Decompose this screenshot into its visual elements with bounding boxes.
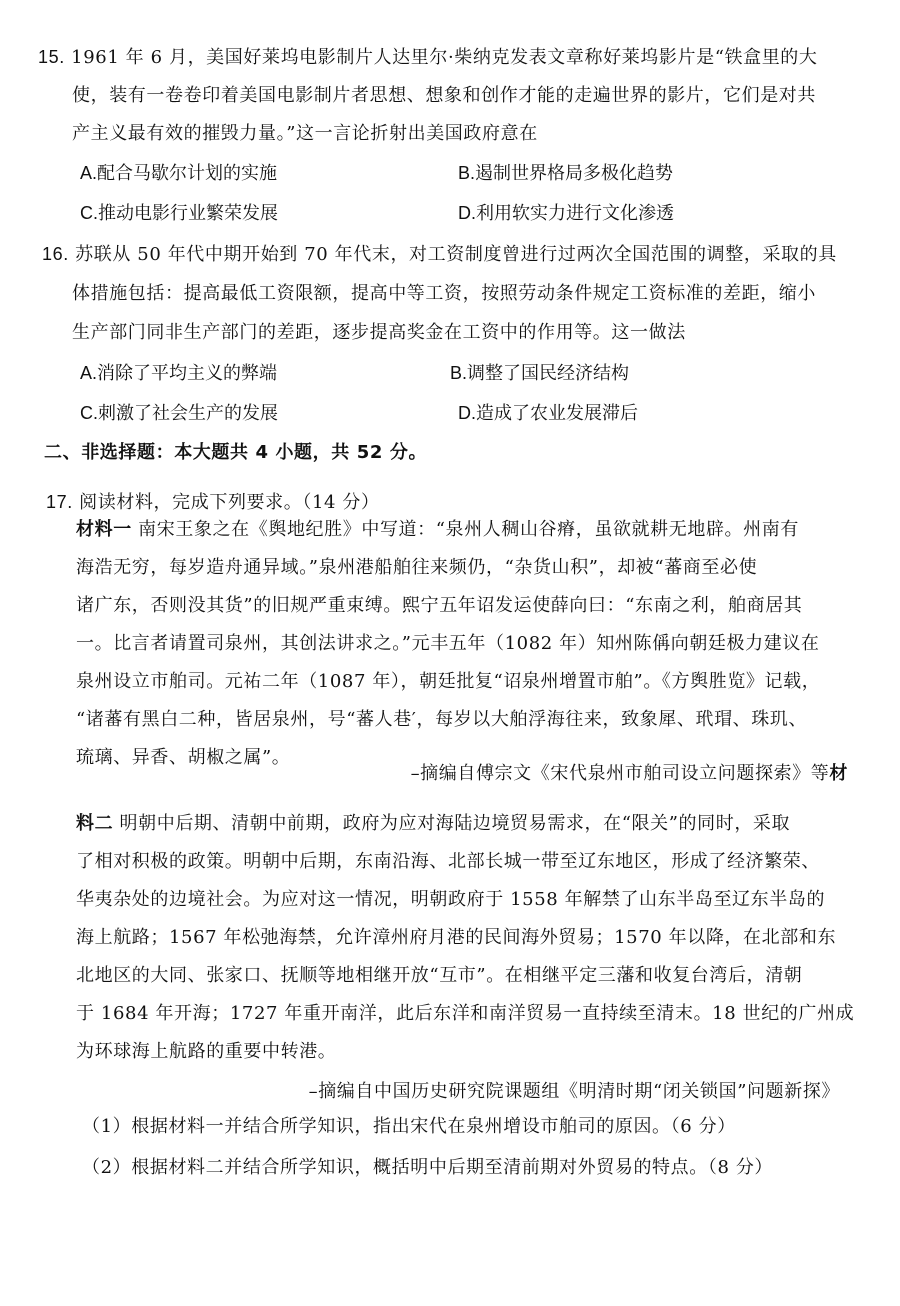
material-text-line: 南宋王象之在《舆地纪胜》中写道：“泉州人稠山谷瘠，虽欲就耕无地辟。州南有 <box>138 519 799 540</box>
material-text-line: 华夷杂处的边境社会。为应对这一情况，明朝政府于 1558 年解禁了山东半岛至辽东… <box>76 888 825 912</box>
option-d[interactable]: D.利用软实力进行文化渗透 <box>458 201 674 226</box>
option-b[interactable]: B.遏制世界格局多极化趋势 <box>458 161 673 186</box>
material-source: –摘编自傅宗文《宋代泉州市舶司设立问题探索》等 <box>411 763 830 784</box>
material-text-line: 明朝中后期、清朝中前期，政府为应对海陆边境贸易需求，在“限关”的同时，采取 <box>120 813 791 834</box>
sub-question-2: （2）根据材料二并结合所学知识，概括明中后期至清前期对外贸易的特点。（8 分） <box>82 1156 773 1180</box>
option-a[interactable]: A.消除了平均主义的弊端 <box>80 361 277 386</box>
material-text-line: “诸蕃有黑白二种，皆居泉州，号“蕃人巷′，每岁以大舶浮海往来，致象犀、玳瑁、珠玑… <box>76 708 807 732</box>
question-text-line: 产主义最有效的摧毁力量。”这一言论折射出美国政府意在 <box>72 122 538 146</box>
question-text-line: 使，装有一卷卷印着美国电影制片者思想、想象和创作才能的走遍世界的影片，它们是对共 <box>72 84 816 108</box>
question-prompt: 阅读材料，完成下列要求。（14 分） <box>79 492 379 513</box>
option-d[interactable]: D.造成了农业发展滞后 <box>458 401 638 426</box>
question-number: 17. <box>46 492 73 512</box>
material-label: 材料一 <box>76 519 132 540</box>
section-heading: 二、非选择题：本大题共 4 小题，共 52 分。 <box>44 441 427 465</box>
sub-question-1: （1）根据材料一并结合所学知识，指出宋代在泉州增设市舶司的原因。（6 分） <box>82 1115 736 1139</box>
material-source: –摘编自中国历史研究院课题组《明清时期“闭关锁国”问题新探》 <box>309 1080 840 1104</box>
material-text-line: 为环球海上航路的重要中转港。 <box>76 1040 336 1064</box>
option-a[interactable]: A.配合马歇尔计划的实施 <box>80 161 277 186</box>
material-text-line: 海浩无穷，每岁造舟通异域。”泉州港船舶往来频仍，“杂货山积”，却被“蕃商至必使 <box>76 556 757 580</box>
exam-page: 15. 1961 年 6 月，美国好莱坞电影制片人达里尔·柴纳克发表文章称好莱坞… <box>0 0 900 1306</box>
question-number: 16. <box>42 244 69 264</box>
material-text-line: 北地区的大同、张家口、抚顺等地相继开放“互市”。在相继平定三藩和收复台湾后，清朝 <box>76 964 802 988</box>
material-text-line: 诸广东，否则没其货”的旧规严重束缚。熙宁五年诏发运使薛向曰：“东南之利，舶商居其 <box>76 594 802 618</box>
option-b[interactable]: B.调整了国民经济结构 <box>450 361 629 386</box>
material-text-line: 海上航路；1567 年松弛海禁，允许漳州府月港的民间海外贸易；1570 年以降，… <box>76 926 836 950</box>
material-text-line: 了相对积极的政策。明朝中后期，东南沿海、北部长城一带至辽东地区，形成了经济繁荣、 <box>76 850 820 874</box>
material-text-line: 于 1684 年开海；1727 年重开南洋，此后东洋和南洋贸易一直持续至清末。1… <box>76 1002 854 1026</box>
material-text-line: 琉璃、异香、胡椒之属”。 <box>76 746 290 770</box>
material-text-line: 一。比言者请置司泉州，其创法讲求之。”元丰五年（1082 年）知州陈偁向朝廷极力… <box>76 632 820 656</box>
question-text-line: 1961 年 6 月，美国好莱坞电影制片人达里尔·柴纳克发表文章称好莱坞影片是“… <box>71 47 817 68</box>
question-text-line: 体措施包括：提高最低工资限额，提高中等工资，按照劳动条件规定工资标准的差距，缩小 <box>72 282 816 306</box>
question-number: 15. <box>38 47 65 67</box>
material-text-line: 泉州设立市舶司。元祐二年（1087 年），朝廷批复“诏泉州增置市舶”。《方舆胜览… <box>76 670 820 694</box>
option-c[interactable]: C.刺激了社会生产的发展 <box>80 401 278 426</box>
material-label: 料二 <box>76 813 113 834</box>
material-label: 材 <box>829 763 848 784</box>
question-text-line: 苏联从 50 年代中期开始到 70 年代末，对工资制度曾进行过两次全国范围的调整… <box>75 244 837 265</box>
question-text-line: 生产部门同非生产部门的差距，逐步提高奖金在工资中的作用等。这一做法 <box>72 321 686 345</box>
option-c[interactable]: C.推动电影行业繁荣发展 <box>80 201 278 226</box>
